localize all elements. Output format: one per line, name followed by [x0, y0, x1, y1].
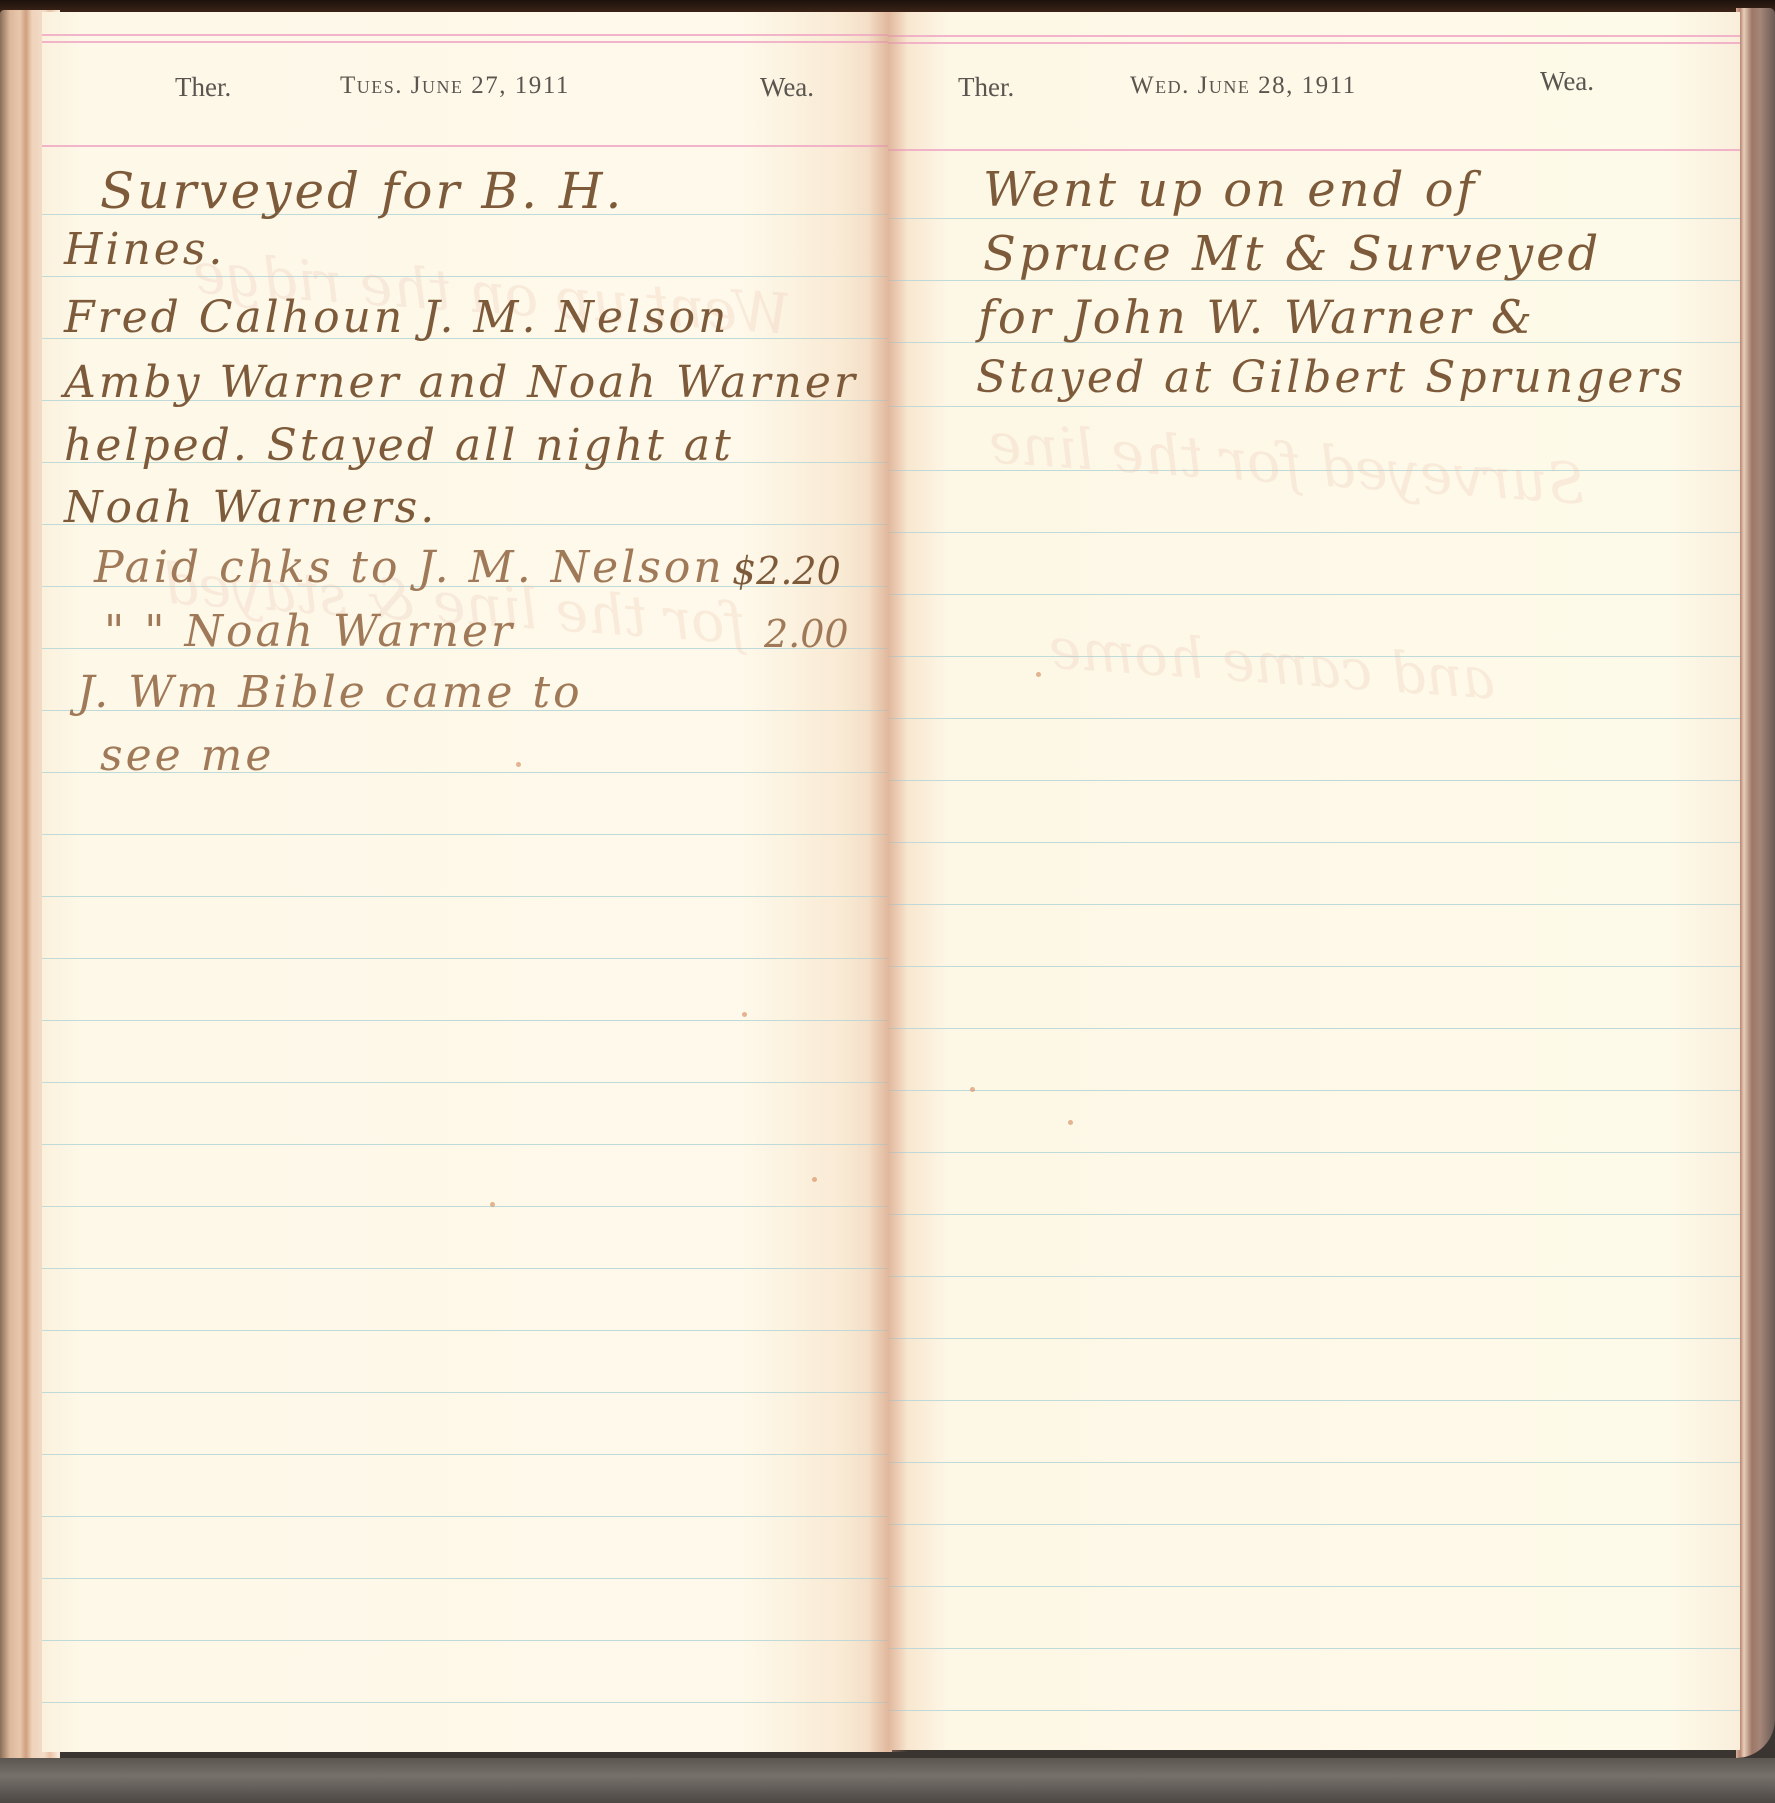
thermometer-label: Ther. — [958, 72, 1014, 103]
ruled-line — [888, 1276, 1740, 1277]
book-cover-top — [0, 0, 1775, 12]
ruled-line — [888, 1090, 1740, 1091]
ruled-line — [888, 1710, 1740, 1711]
entry-line: see me — [100, 730, 274, 781]
page-stack-right-edge — [1736, 8, 1775, 1758]
header-rule-bottom — [888, 149, 1740, 151]
ruled-line — [42, 1640, 892, 1641]
ruled-line — [42, 1578, 892, 1579]
ruled-line — [888, 594, 1740, 595]
ruled-line — [42, 1144, 892, 1145]
ruled-line — [888, 966, 1740, 967]
header-rule-bottom — [42, 145, 892, 147]
entry-line: Fred Calhoun J. M. Nelson — [64, 292, 729, 343]
ruled-line — [42, 1082, 892, 1083]
ruled-line — [888, 1462, 1740, 1463]
page-date: Tues. June 27, 1911 — [340, 72, 570, 100]
thermometer-label: Ther. — [175, 72, 231, 103]
ruled-line — [888, 532, 1740, 533]
ruled-line — [42, 834, 892, 835]
entry-line: Stayed at Gilbert Sprungers — [976, 352, 1686, 403]
entry-line: Amby Warner and Noah Warner — [64, 357, 858, 408]
entry-line: Went up on end of — [983, 162, 1477, 218]
ruled-line — [888, 904, 1740, 905]
ruled-line — [888, 1214, 1740, 1215]
ruled-line — [888, 1152, 1740, 1153]
ink-bleed-through: and came home — [1046, 616, 1497, 712]
weather-label: Wea. — [760, 72, 814, 103]
header-rule-top-1 — [888, 35, 1740, 37]
ruled-line — [888, 780, 1740, 781]
foxing-spot — [970, 1087, 975, 1092]
page-header-left: Ther. Tues. June 27, 1911 Wea. — [42, 72, 892, 122]
header-rule-top-2 — [42, 41, 892, 43]
ruled-line — [42, 1702, 892, 1703]
ruled-line — [42, 1392, 892, 1393]
ruled-line — [42, 1330, 892, 1331]
ruled-line — [42, 1268, 892, 1269]
entry-line: helped. Stayed all night at — [64, 420, 734, 471]
amount-nelson: $2.20 — [732, 549, 841, 593]
ruled-line — [888, 1586, 1740, 1587]
header-rule-top-2 — [888, 42, 1740, 44]
ruled-line — [888, 406, 1740, 407]
foxing-spot — [1068, 1120, 1073, 1125]
entry-line: Surveyed for B. H. — [100, 162, 624, 220]
entry-line: Spruce Mt & Surveyed — [983, 226, 1601, 282]
ruled-line — [888, 1338, 1740, 1339]
foxing-spot — [490, 1202, 495, 1207]
foxing-spot — [742, 1012, 747, 1017]
foxing-spot — [812, 1177, 817, 1182]
ruled-line — [888, 842, 1740, 843]
ruled-line — [888, 1524, 1740, 1525]
diary-page-right: Ther. Wed. June 28, 1911 Wea. Surveyed f… — [888, 12, 1740, 1750]
ruled-line — [888, 718, 1740, 719]
foxing-spot — [1036, 672, 1041, 677]
ruled-line — [42, 1454, 892, 1455]
ruled-line — [42, 896, 892, 897]
page-header-right: Ther. Wed. June 28, 1911 Wea. — [888, 72, 1740, 122]
weather-label: Wea. — [1540, 66, 1594, 97]
foxing-spot — [516, 762, 521, 767]
ruled-line — [888, 1400, 1740, 1401]
entry-line: for John W. Warner & — [978, 290, 1535, 344]
entry-line: Paid chks to J. M. Nelson — [94, 542, 725, 593]
ruled-line — [42, 1020, 892, 1021]
ruled-line — [888, 1648, 1740, 1649]
header-rule-top-1 — [42, 34, 892, 36]
book-cover-bottom — [0, 1758, 1775, 1803]
ruled-line — [42, 958, 892, 959]
entry-line: Noah Warners. — [64, 482, 437, 533]
entry-line: J. Wm Bible came to — [77, 667, 583, 718]
ink-bleed-through: Surveyed for the line — [986, 411, 1587, 518]
ruled-line — [42, 1206, 892, 1207]
page-date: Wed. June 28, 1911 — [1130, 72, 1357, 100]
entry-line: " " Noah Warner — [104, 606, 515, 657]
ruled-line — [42, 1516, 892, 1517]
ruled-line — [888, 1028, 1740, 1029]
amount-noah-warner: 2.00 — [764, 612, 849, 656]
entry-line: Hines. — [64, 224, 225, 275]
ruled-line — [888, 218, 1740, 219]
diary-page-left: Ther. Tues. June 27, 1911 Wea. Went up o… — [42, 12, 892, 1752]
